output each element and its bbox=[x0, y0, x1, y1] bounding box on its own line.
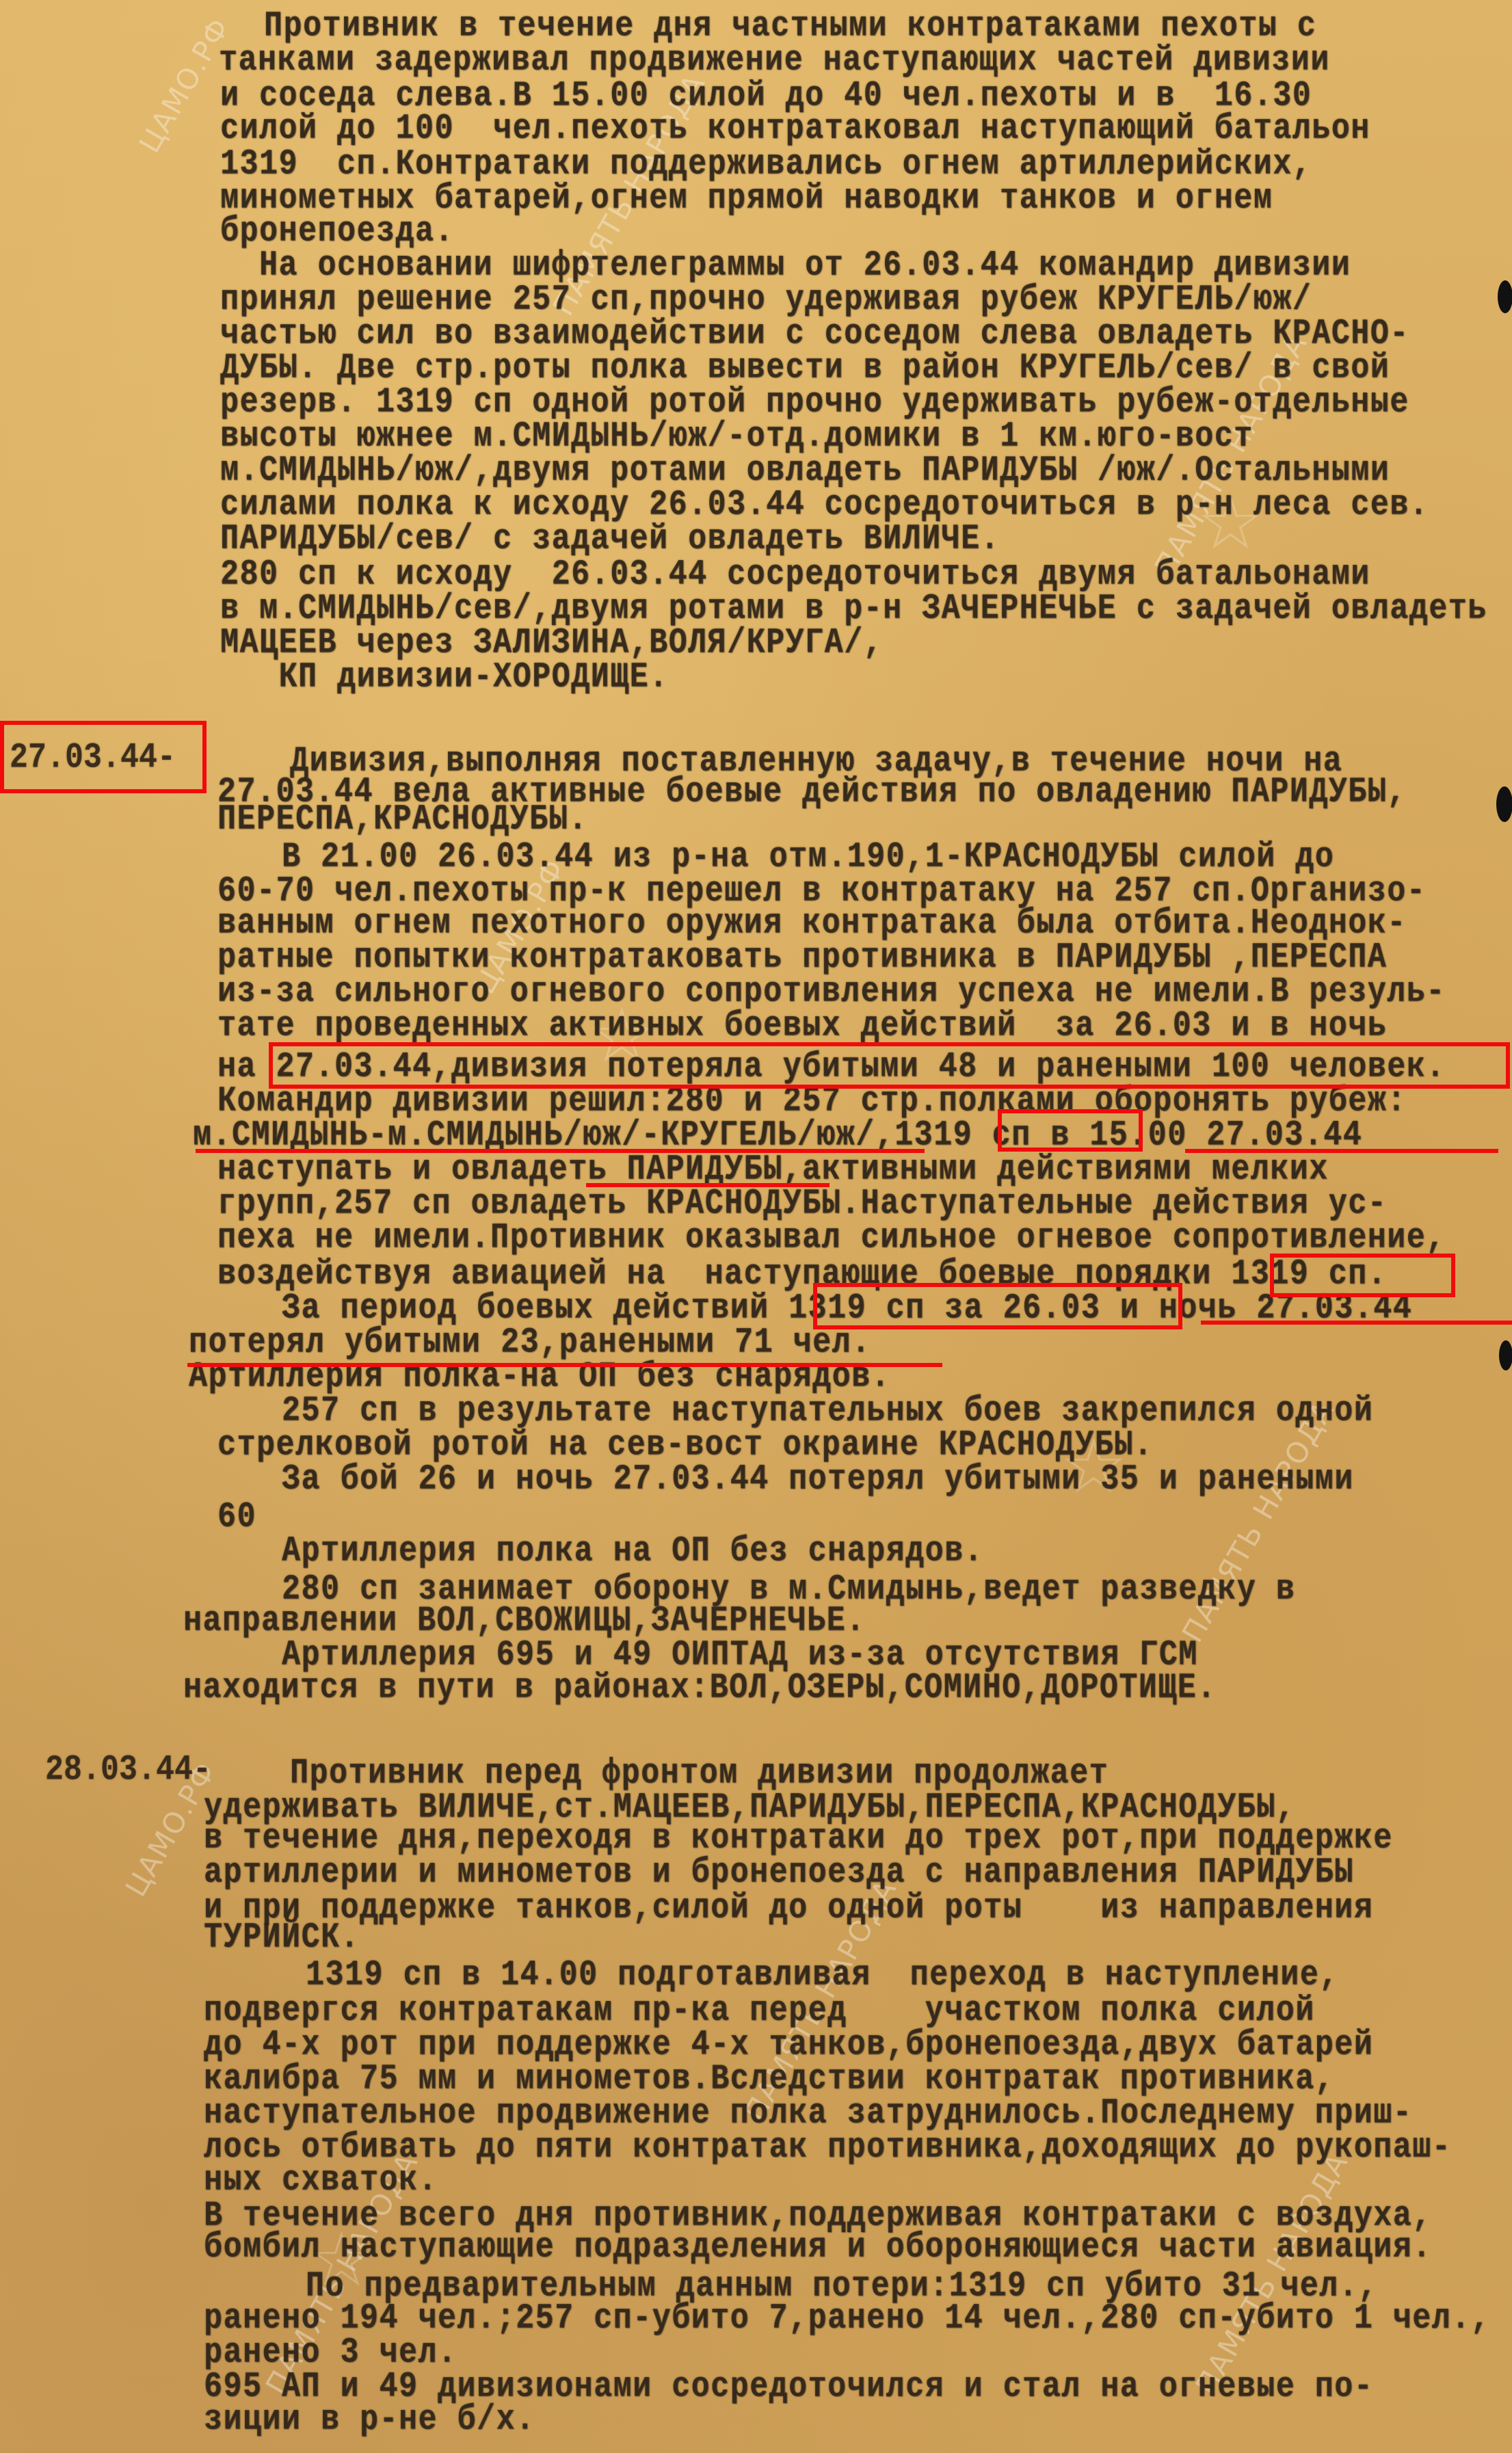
watermark: ПАМЯТЬ НАРОДА bbox=[1176, 1394, 1341, 1648]
binding-hole bbox=[1496, 786, 1512, 822]
underline-night-date bbox=[1201, 1321, 1512, 1325]
text-line: артиллерии и минометов и бронепоезда с н… bbox=[204, 1853, 1354, 1893]
text-line: зиции в р-не б/х. bbox=[204, 2400, 535, 2440]
highlight-box-period bbox=[813, 1283, 1182, 1329]
text-line: тате проведенных активных боевых действи… bbox=[217, 1007, 1387, 1046]
highlight-box-regiment-1319 bbox=[998, 1109, 1143, 1152]
text-line: За бой 26 и ночь 27.03.44 потерял убитым… bbox=[243, 1460, 1354, 1500]
underline-objective bbox=[586, 1183, 830, 1187]
highlight-box-date-27 bbox=[0, 721, 207, 793]
text-line: 1319 сп в 14.00 подготавливая переход в … bbox=[267, 1956, 1339, 1995]
text-line: ТУРИЙСК. bbox=[204, 1918, 360, 1958]
text-line: КП дивизии-ХОРОДИЩЕ. bbox=[220, 658, 669, 698]
text-line: Артиллерия полка на ОП без снарядов. bbox=[243, 1532, 983, 1572]
text-line: ных схваток. bbox=[204, 2161, 438, 2201]
text-line: бомбил наступающие подразделения и оборо… bbox=[204, 2228, 1432, 2268]
entry-date-28: 28.03.44- bbox=[45, 1751, 211, 1790]
text-line: пеха не имели.Противник оказывал сильное… bbox=[217, 1219, 1446, 1258]
underline-attack-time bbox=[1185, 1149, 1498, 1153]
text-line: ПЕРЕСПА,КРАСНОДУБЫ. bbox=[217, 800, 588, 840]
highlight-box-regiment-1319-air bbox=[1270, 1254, 1455, 1297]
binding-hole bbox=[1498, 280, 1512, 313]
text-line: танками задерживал продвижение наступающ… bbox=[219, 41, 1330, 81]
text-line: и при поддержке танков,силой до одной ро… bbox=[204, 1889, 1373, 1928]
text-line: ПАРИДУБЫ/сев/ с задачей овладеть ВИЛИЧЕ. bbox=[220, 520, 1000, 559]
highlight-box-casualties bbox=[269, 1042, 1510, 1089]
text-line: находится в пути в районах:ВОЛ,ОЗЕРЫ,СОМ… bbox=[183, 1669, 1217, 1708]
binding-hole bbox=[1499, 1340, 1512, 1370]
underline-regiment-losses bbox=[187, 1363, 942, 1367]
text-line: силой до 100 чел.пехоть контратаковал на… bbox=[220, 109, 1370, 149]
document-page: ЦАМО.РФ ПАМЯТЬ НАРОДА ЦАМО.РФ ПАМЯТЬ НАР… bbox=[0, 0, 1512, 2453]
underline-defense-line bbox=[196, 1149, 925, 1153]
